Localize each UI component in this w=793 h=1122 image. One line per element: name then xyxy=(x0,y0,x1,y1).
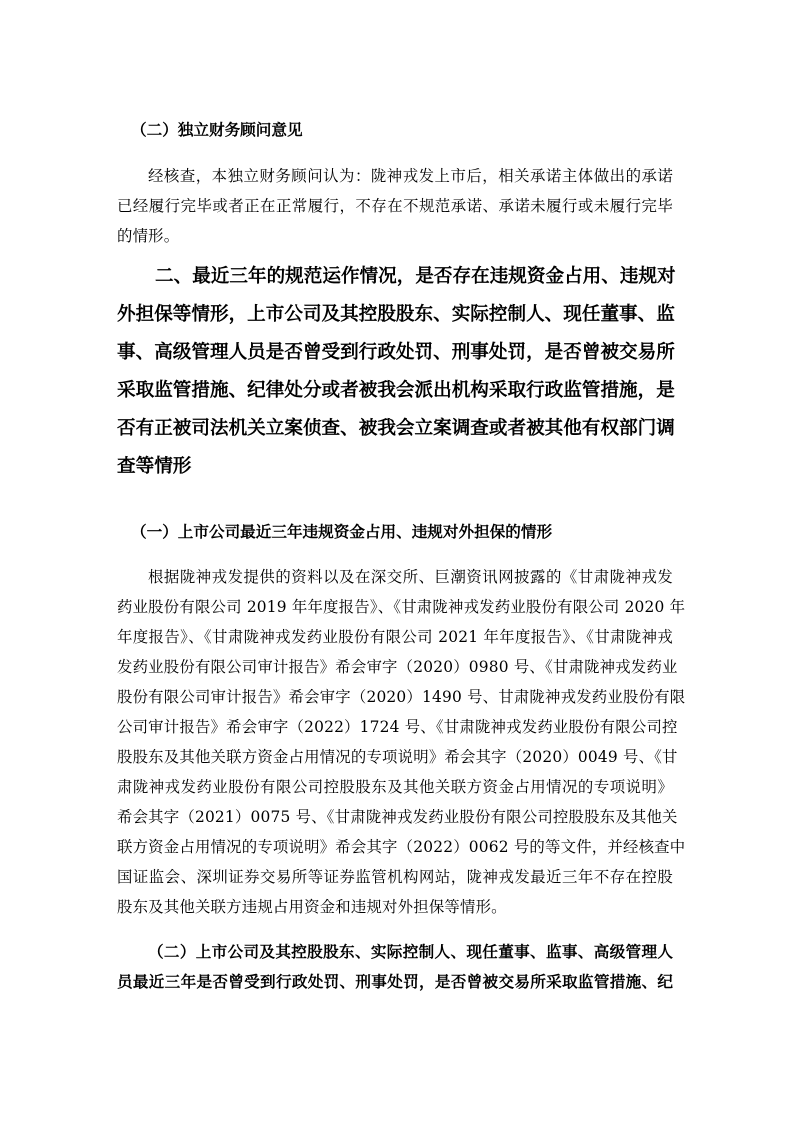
paragraph-line: 经核查，本独立财务顾问认为：陇神戎发上市后，相关承诺主体做出的承诺 xyxy=(117,161,673,191)
paragraph-line: 的情形。 xyxy=(117,221,673,251)
subsection-heading-one: （一）上市公司最近三年违规资金占用、违规对外担保的情形 xyxy=(117,517,677,547)
heading-line: （二）上市公司及其控股股东、实际控制人、现任董事、监事、高级管理人 xyxy=(117,937,673,967)
paragraph-line: 发药业股份有限公司审计报告》希会审字（2020）0980 号、《甘肃陇神戎发药业 xyxy=(117,652,673,682)
heading-line: 事、高级管理人员是否曾受到行政处罚、刑事处罚，是否曾被交易所 xyxy=(117,334,673,372)
section-heading-independent-advisor: （二）独立财务顾问意见 xyxy=(117,115,677,145)
heading-line: （一）上市公司最近三年违规资金占用、违规对外担保的情形 xyxy=(117,517,673,547)
paragraph-line: 希会其字（2021）0075 号、《甘肃陇神戎发药业股份有限公司控股股东及其他关 xyxy=(117,802,673,832)
heading-line: 否有正被司法机关立案侦查、被我会立案调查或者被其他有权部门调 xyxy=(117,410,673,448)
paragraph-line: 国证监会、深圳证券交易所等证券监管机构网站，陇神戎发最近三年不存在控股 xyxy=(117,862,673,892)
paragraph-line: 年度报告》、《甘肃陇神戎发药业股份有限公司 2021 年年度报告》、《甘肃陇神戎 xyxy=(117,622,673,652)
subsection-heading-two: （二）上市公司及其控股股东、实际控制人、现任董事、监事、高级管理人 员最近三年是… xyxy=(117,937,677,997)
heading-line: 采取监管措施、纪律处分或者被我会派出机构采取行政监管措施，是 xyxy=(117,372,673,410)
section-heading-two: 二、最近三年的规范运作情况，是否存在违规资金占用、违规对 外担保等情形，上市公司… xyxy=(117,258,677,486)
heading-line: 查等情形 xyxy=(117,448,673,486)
paragraph-subsection-one: 根据陇神戎发提供的资料以及在深交所、巨潮资讯网披露的《甘肃陇神戎发 药业股份有限… xyxy=(117,562,677,922)
paragraph-line: 股份有限公司审计报告》希会审字（2020）1490 号、甘肃陇神戎发药业股份有限 xyxy=(117,682,673,712)
paragraph-line: 股股东及其他关联方资金占用情况的专项说明》希会其字（2020）0049 号、《甘 xyxy=(117,742,673,772)
paragraph-line: 股东及其他关联方违规占用资金和违规对外担保等情形。 xyxy=(117,892,673,922)
paragraph-line: 已经履行完毕或者正在正常履行，不存在不规范承诺、承诺未履行或未履行完毕 xyxy=(117,191,673,221)
heading-line: （二）独立财务顾问意见 xyxy=(117,115,673,145)
paragraph-independent-advisor-opinion: 经核查，本独立财务顾问认为：陇神戎发上市后，相关承诺主体做出的承诺 已经履行完毕… xyxy=(117,161,677,251)
paragraph-line: 药业股份有限公司 2019 年年度报告》、《甘肃陇神戎发药业股份有限公司 202… xyxy=(117,592,673,622)
heading-line: 二、最近三年的规范运作情况，是否存在违规资金占用、违规对 xyxy=(117,258,673,296)
paragraph-line: 根据陇神戎发提供的资料以及在深交所、巨潮资讯网披露的《甘肃陇神戎发 xyxy=(117,562,673,592)
paragraph-line: 公司审计报告》希会审字（2022）1724 号、《甘肃陇神戎发药业股份有限公司控 xyxy=(117,712,673,742)
heading-line: 员最近三年是否曾受到行政处罚、刑事处罚，是否曾被交易所采取监管措施、纪 xyxy=(117,967,673,997)
heading-line: 外担保等情形，上市公司及其控股股东、实际控制人、现任董事、监 xyxy=(117,296,673,334)
paragraph-line: 肃陇神戎发药业股份有限公司控股股东及其他关联方资金占用情况的专项说明》 xyxy=(117,772,673,802)
paragraph-line: 联方资金占用情况的专项说明》希会其字（2022）0062 号的等文件，并经核查中 xyxy=(117,832,673,862)
